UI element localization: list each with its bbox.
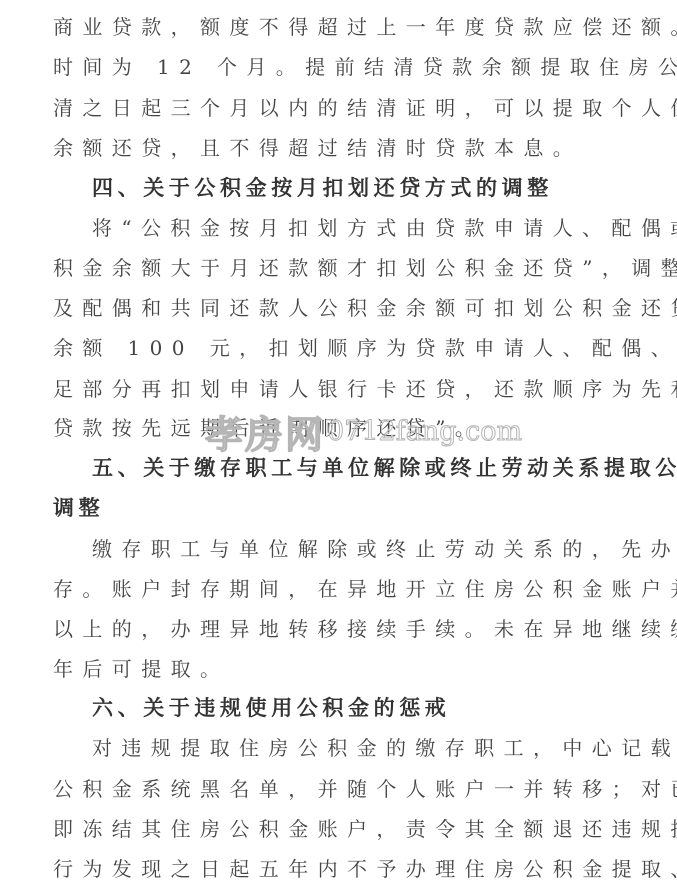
body-line: 余额还贷，且不得超过结清时贷款本息。 xyxy=(53,128,633,168)
document-page: 商业贷款，额度不得超过上一年度贷款应偿还额。业务办理间隔 时间为 12 个月。提… xyxy=(0,0,677,885)
body-line: 商业贷款，额度不得超过上一年度贷款应偿还额。业务办理间隔 xyxy=(53,7,633,47)
body-line: 将“公积金按月扣划方式由贷款申请人、配偶或共同还款人公 xyxy=(92,208,633,248)
body-line: 余额 100 元，扣划顺序为贷款申请人、配偶、共同还款人公积金，不 xyxy=(53,328,633,368)
body-line: 即冻结其住房公积金账户，责令其全额退还违规提取金额，自违规 xyxy=(53,809,633,849)
section-heading-4: 四、关于公积金按月扣划还贷方式的调整 xyxy=(92,168,633,208)
body-line: 行为发现之日起五年内不予办理住房公积金提取、不予受理住房 xyxy=(53,849,633,885)
body-line: 积金余额大于月还款额才扣划公积金还贷”，调整为“贷款申请人 xyxy=(53,248,633,288)
body-line: 缴存职工与单位解除或终止劳动关系的，先办理个人账户封 xyxy=(92,529,633,569)
body-line: 存。账户封存期间，在异地开立住房公积金账户并稳定缴存半年 xyxy=(53,569,633,609)
section-heading-5-cont: 调整 xyxy=(53,488,633,528)
section-heading-6: 六、关于违规使用公积金的惩戒 xyxy=(92,688,633,728)
section-heading-5: 五、关于缴存职工与单位解除或终止劳动关系提取公积金的 xyxy=(92,448,633,488)
body-line: 以上的，办理异地转移接续手续。未在异地继续缴存的，封存满半 xyxy=(53,609,633,649)
body-line: 足部分再扣划申请人银行卡还贷，还款顺序为先利息后本金，逾期 xyxy=(53,369,633,409)
body-line: 及配偶和共同还款人公积金余额可扣划公积金还贷，均保留最低 xyxy=(53,288,633,328)
body-line: 公积金系统黑名单，并随个人账户一并转移；对已提取资金的，立 xyxy=(53,769,633,809)
body-line: 贷款按先远期后近期顺序还贷”。 xyxy=(53,408,633,448)
body-line: 年后可提取。 xyxy=(53,649,633,689)
body-line: 时间为 12 个月。提前结清贷款余额提取住房公积金的，凭贷款结 xyxy=(53,47,633,87)
body-line: 清之日起三个月以内的结清证明，可以提取个人住房公积金账户 xyxy=(53,88,633,128)
body-line: 对违规提取住房公积金的缴存职工，中心记载失信记录，纳入 xyxy=(92,728,633,768)
